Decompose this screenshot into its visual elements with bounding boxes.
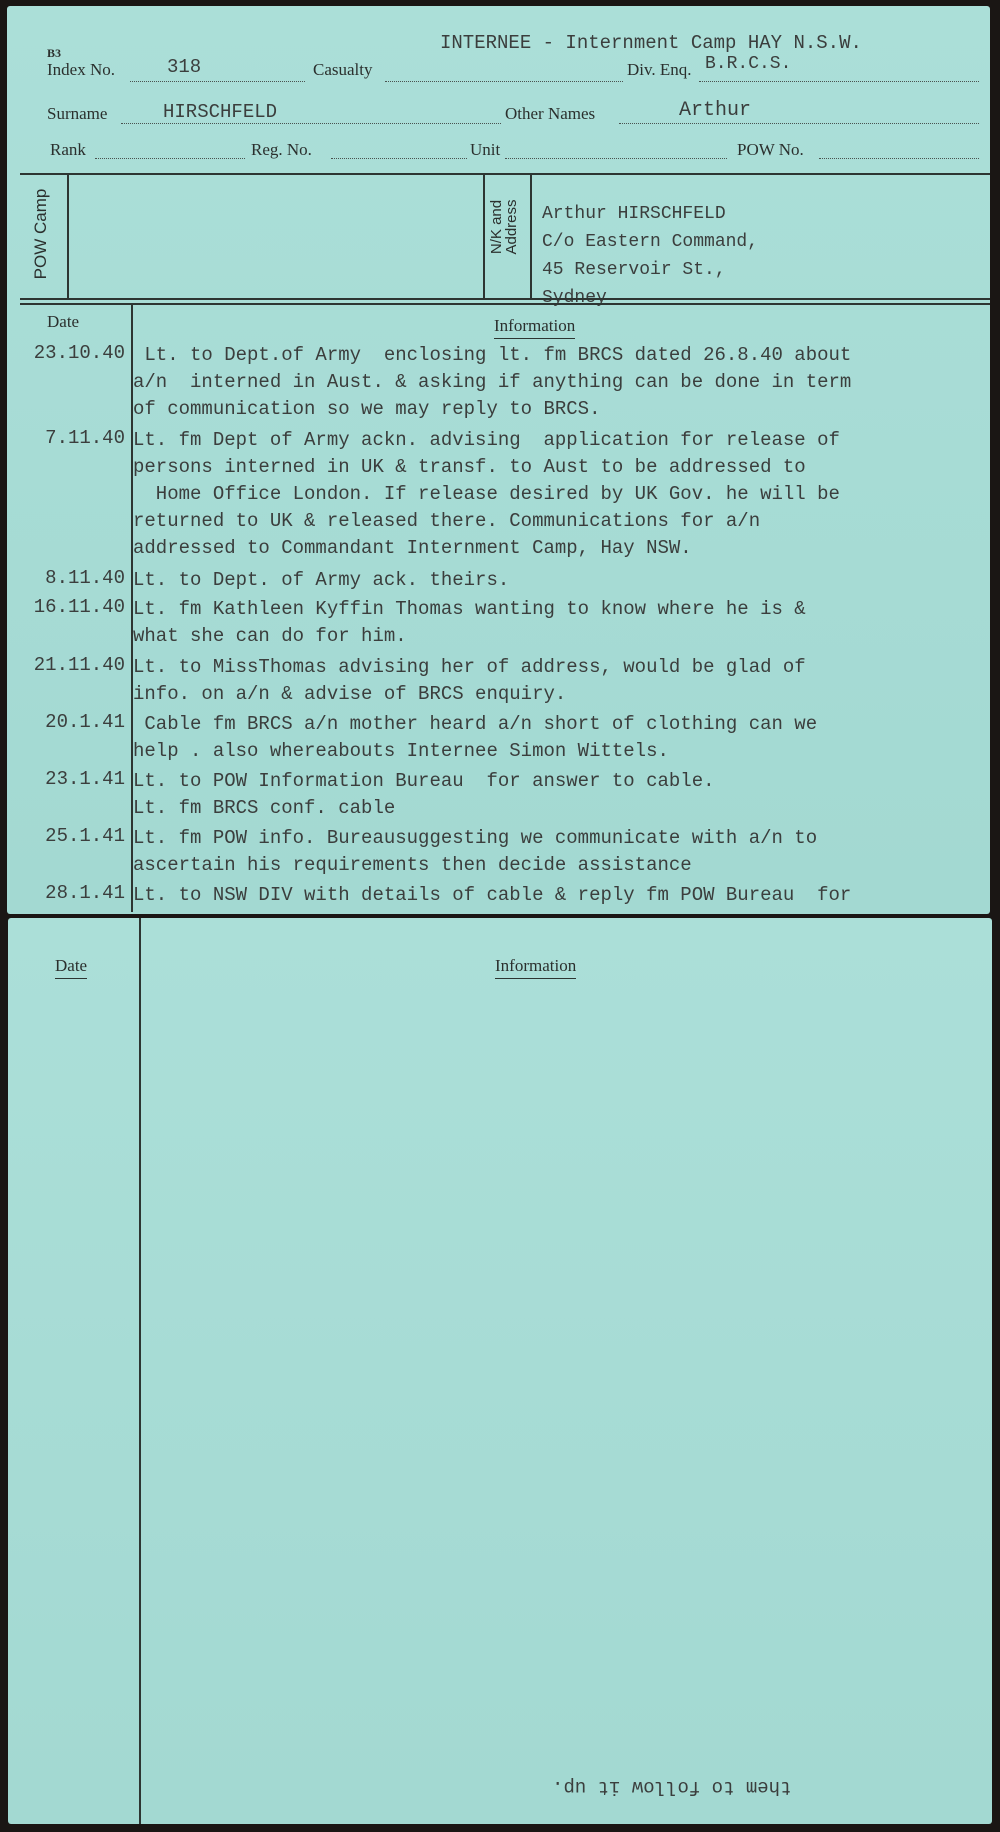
- address-line-1: Arthur HIRSCHFELD: [542, 200, 758, 228]
- entry-information: Lt. to MissThomas advising her of addres…: [133, 654, 993, 708]
- reg-no-label: Reg. No.: [251, 140, 312, 160]
- surname-dots: [121, 123, 501, 124]
- div-enq-label: Div. Enq.: [627, 60, 692, 80]
- entry-date: 25.1.41: [7, 825, 125, 847]
- entry-information: Lt. to POW Information Bureau for answer…: [133, 768, 993, 822]
- nk-address-block: Arthur HIRSCHFELD C/o Eastern Command, 4…: [542, 200, 758, 312]
- reg-no-dots: [331, 158, 467, 159]
- address-line-3: 45 Reservoir St.,: [542, 256, 758, 284]
- entry-date: 23.1.41: [7, 768, 125, 790]
- entry-date: 8.11.40: [7, 567, 125, 589]
- entry-date: 16.11.40: [7, 596, 125, 618]
- entry-information: Lt. to Dept. of Army ack. theirs.: [133, 567, 993, 594]
- nk-address-label: N/K and Address: [489, 182, 519, 272]
- index-no-dots: [130, 81, 305, 82]
- entry-information: Lt. fm Dept of Army ackn. advising appli…: [133, 427, 993, 562]
- nk-right-divider: [530, 174, 532, 298]
- surname-label: Surname: [47, 104, 107, 124]
- address-line-2: C/o Eastern Command,: [542, 228, 758, 256]
- upside-down-continuation: them to follow it up.: [552, 1776, 791, 1798]
- casualty-label: Casualty: [313, 60, 373, 80]
- pow-camp-label: POW Camp: [31, 179, 51, 289]
- casualty-dots: [385, 81, 623, 82]
- date-header: Date: [47, 312, 79, 332]
- box-bottom-rule-1: [20, 298, 990, 300]
- back-date-header: Date: [55, 956, 87, 979]
- unit-dots: [505, 158, 727, 159]
- card-heading: INTERNEE - Internment Camp HAY N.S.W.: [440, 32, 862, 54]
- entry-information: Lt. fm POW info. Bureausuggesting we com…: [133, 825, 993, 879]
- div-enq-dots: [699, 81, 979, 82]
- pow-camp-divider: [67, 174, 69, 298]
- surname-value: HIRSCHFELD: [163, 101, 277, 123]
- entry-information: Lt. to Dept.of Army enclosing lt. fm BRC…: [133, 342, 993, 423]
- box-top-rule: [20, 173, 990, 175]
- pow-no-dots: [819, 158, 979, 159]
- back-information-header: Information: [495, 956, 576, 979]
- entries-list: 23.10.40 Lt. to Dept.of Army enclosing l…: [7, 342, 990, 912]
- entry-information: Lt. fm Kathleen Kyffin Thomas wanting to…: [133, 596, 993, 650]
- entry-date: 21.11.40: [7, 654, 125, 676]
- index-card-front: B3 INTERNEE - Internment Camp HAY N.S.W.…: [7, 6, 990, 914]
- index-no-value: 318: [167, 56, 201, 78]
- pow-no-label: POW No.: [737, 140, 804, 160]
- rank-label: Rank: [50, 140, 86, 160]
- entry-date: 20.1.41: [7, 711, 125, 733]
- index-no-label: Index No.: [47, 60, 115, 80]
- unit-label: Unit: [470, 140, 500, 160]
- box-bottom-rule-2: [20, 303, 990, 305]
- other-names-value: Arthur: [679, 99, 751, 122]
- entry-information: Lt. to NSW DIV with details of cable & r…: [133, 882, 993, 909]
- information-header: Information: [494, 316, 575, 339]
- entry-information: Cable fm BRCS a/n mother heard a/n short…: [133, 711, 993, 765]
- div-enq-value: B.R.C.S.: [705, 54, 791, 74]
- entry-date: 23.10.40: [7, 342, 125, 364]
- rank-dots: [95, 158, 245, 159]
- index-card-back: Date Information them to follow it up.: [8, 918, 992, 1824]
- entry-date: 7.11.40: [7, 427, 125, 449]
- form-code: B3: [47, 46, 61, 61]
- nk-and-label: N/K and: [489, 182, 504, 272]
- address-label: Address: [504, 182, 519, 272]
- nk-left-divider: [483, 174, 485, 298]
- other-names-dots: [619, 123, 979, 124]
- other-names-label: Other Names: [505, 104, 595, 124]
- entry-date: 28.1.41: [7, 882, 125, 904]
- back-date-column-divider: [139, 918, 141, 1824]
